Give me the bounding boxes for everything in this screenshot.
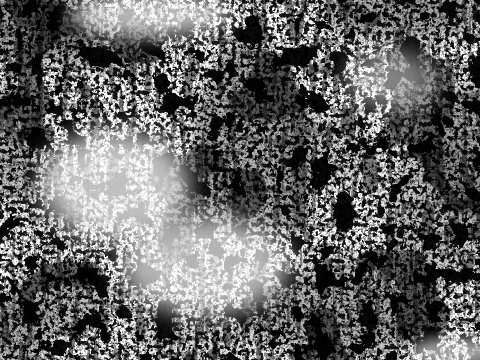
texture-highlight-blob [345, 50, 435, 110]
noise-canvas [0, 0, 480, 360]
texture-highlight-blob [120, 215, 290, 315]
grunge-texture-image [0, 0, 480, 360]
